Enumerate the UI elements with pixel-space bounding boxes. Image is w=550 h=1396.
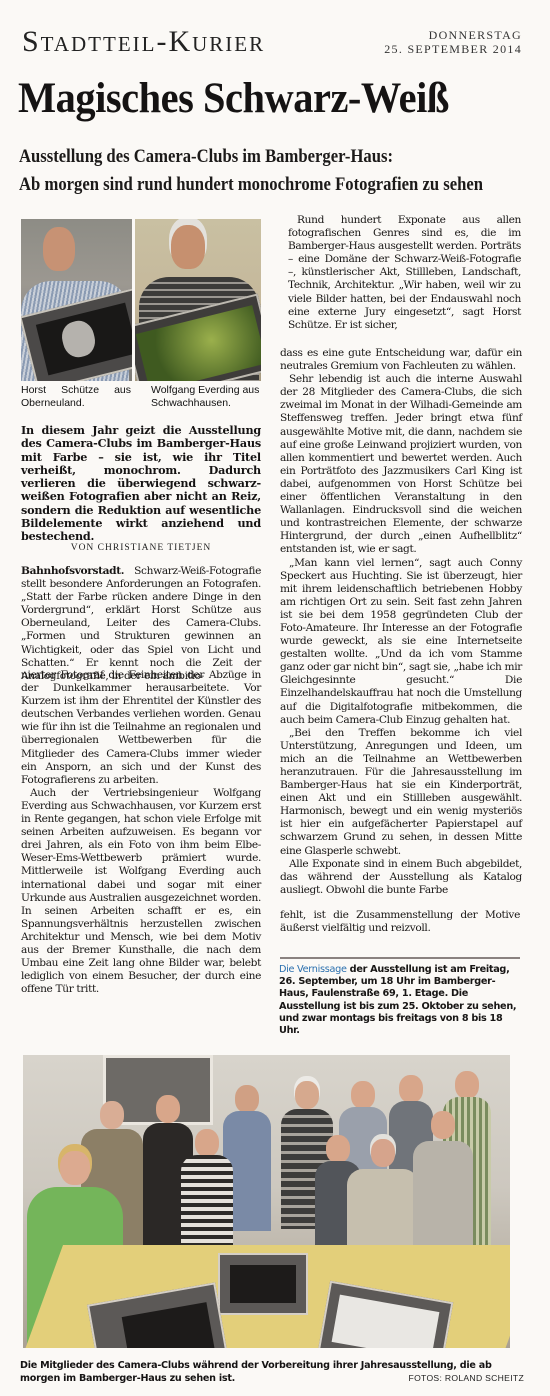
portrait-photos [21,219,261,381]
body-paragraph: nierter Fotograf die Feinheiten der Abzü… [21,669,261,787]
body-paragraph: Rund hundert Exponate aus allen fotograf… [288,214,521,332]
caption-right: Wolfgang Everding aus Schwachhausen. [151,384,263,410]
body-paragraph: „Man kann viel lernen“, sagt auch Conny … [280,557,522,727]
lead-paragraph: In diesem Jahr geizt die Ausstellung des… [21,424,261,544]
matted-print [218,1253,308,1315]
body-paragraph: „Bei den Treffen bekomme ich viel Unters… [280,727,522,858]
body-column-2-part-1: Rund hundert Exponate aus allen fotograf… [288,214,521,332]
group-photo [23,1055,510,1348]
body-paragraph: fehlt, ist die Zusammenstellung der Moti… [280,909,520,935]
body-column-1-part-1: Bahnhofsvorstadt. Schwarz-Weiß-Fotografi… [21,565,261,683]
body-paragraph: dass es eine gute Entscheidung war, dafü… [280,347,522,373]
date: 25. SEPTEMBER 2014 [384,42,522,56]
photo-credit: FOTOS: ROLAND SCHEITZ [409,1373,524,1383]
infobox-divider [280,957,520,959]
caption-left: Horst Schütze aus Oberneuland. [21,384,131,410]
body-column-1-part-2: nierter Fotograf die Feinheiten der Abzü… [21,669,261,996]
dateline: Bahnhofsvorstadt. [21,565,124,577]
body-text: Schwarz-Weiß-Fotografie stellt besondere… [21,565,261,682]
infobox: Die Vernissage der Ausstellung ist am Fr… [279,964,524,1037]
body-paragraph: Auch der Vertriebsingenieur Wolfgang Eve… [21,787,261,997]
body-column-2-part-3: fehlt, ist die Zusammenstellung der Moti… [280,909,520,935]
paper-name: Stadtteil-Kurier [22,26,265,58]
body-paragraph: Alle Exponate sind in einem Buch abgebil… [280,858,522,897]
photo-wolfgang-everding [135,219,261,381]
subheadline-1: Ausstellung des Camera-Clubs im Bamberge… [19,146,393,168]
byline: VON CHRISTIANE TIETJEN [21,543,261,553]
masthead: Stadtteil-Kurier DONNERSTAG 25. SEPTEMBE… [22,26,522,62]
body-paragraph: Sehr lebendig ist auch die interne Auswa… [280,373,522,556]
headline: Magisches Schwarz-Weiß [18,74,449,124]
weekday: DONNERSTAG [384,28,522,42]
infobox-accent: Die Vernissage [279,964,347,975]
issue-date: DONNERSTAG 25. SEPTEMBER 2014 [384,28,522,56]
subheadline-2: Ab morgen sind rund hundert monochrome F… [19,174,483,196]
photo-horst-schuetze [21,219,132,381]
body-column-2-part-2: dass es eine gute Entscheidung war, dafü… [280,347,522,897]
